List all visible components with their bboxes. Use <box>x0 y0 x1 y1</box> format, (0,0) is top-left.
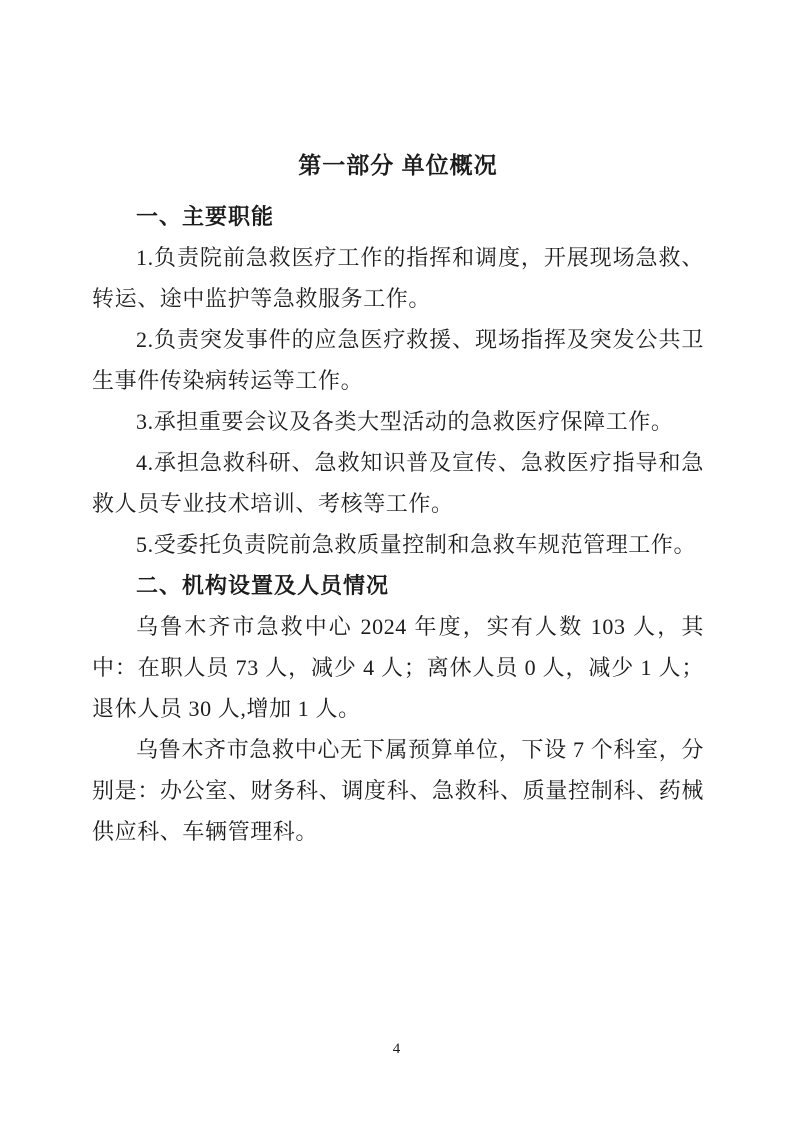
section-organization-personnel: 二、机构设置及人员情况 乌鲁木齐市急救中心 2024 年度，实有人数 103 人… <box>92 565 704 852</box>
paragraph-duty-2: 2.负责突发事件的应急医疗救援、现场指挥及突发公共卫生事件传染病转运等工作。 <box>92 319 704 401</box>
section-main-duties: 一、主要职能 1.负责院前急救医疗工作的指挥和调度，开展现场急救、转运、途中监护… <box>92 196 704 565</box>
paragraph-departments: 乌鲁木齐市急救中心无下属预算单位，下设 7 个科室，分别是：办公室、财务科、调度… <box>92 729 704 852</box>
page-number: 4 <box>0 1041 793 1058</box>
section-heading-organization: 二、机构设置及人员情况 <box>92 565 704 606</box>
paragraph-duty-4: 4.承担急救科研、急救知识普及宣传、急救医疗指导和急救人员专业技术培训、考核等工… <box>92 442 704 524</box>
paragraph-personnel: 乌鲁木齐市急救中心 2024 年度，实有人数 103 人，其中：在职人员 73 … <box>92 606 704 729</box>
paragraph-duty-5: 5.受委托负责院前急救质量控制和急救车规范管理工作。 <box>92 524 704 565</box>
section-heading-main-duties: 一、主要职能 <box>92 196 704 237</box>
document-page: 第一部分 单位概况 一、主要职能 1.负责院前急救医疗工作的指挥和调度，开展现场… <box>0 0 793 1122</box>
page-title: 第一部分 单位概况 <box>92 144 704 186</box>
document-content: 第一部分 单位概况 一、主要职能 1.负责院前急救医疗工作的指挥和调度，开展现场… <box>92 144 704 852</box>
paragraph-duty-1: 1.负责院前急救医疗工作的指挥和调度，开展现场急救、转运、途中监护等急救服务工作… <box>92 237 704 319</box>
paragraph-duty-3: 3.承担重要会议及各类大型活动的急救医疗保障工作。 <box>92 401 704 442</box>
